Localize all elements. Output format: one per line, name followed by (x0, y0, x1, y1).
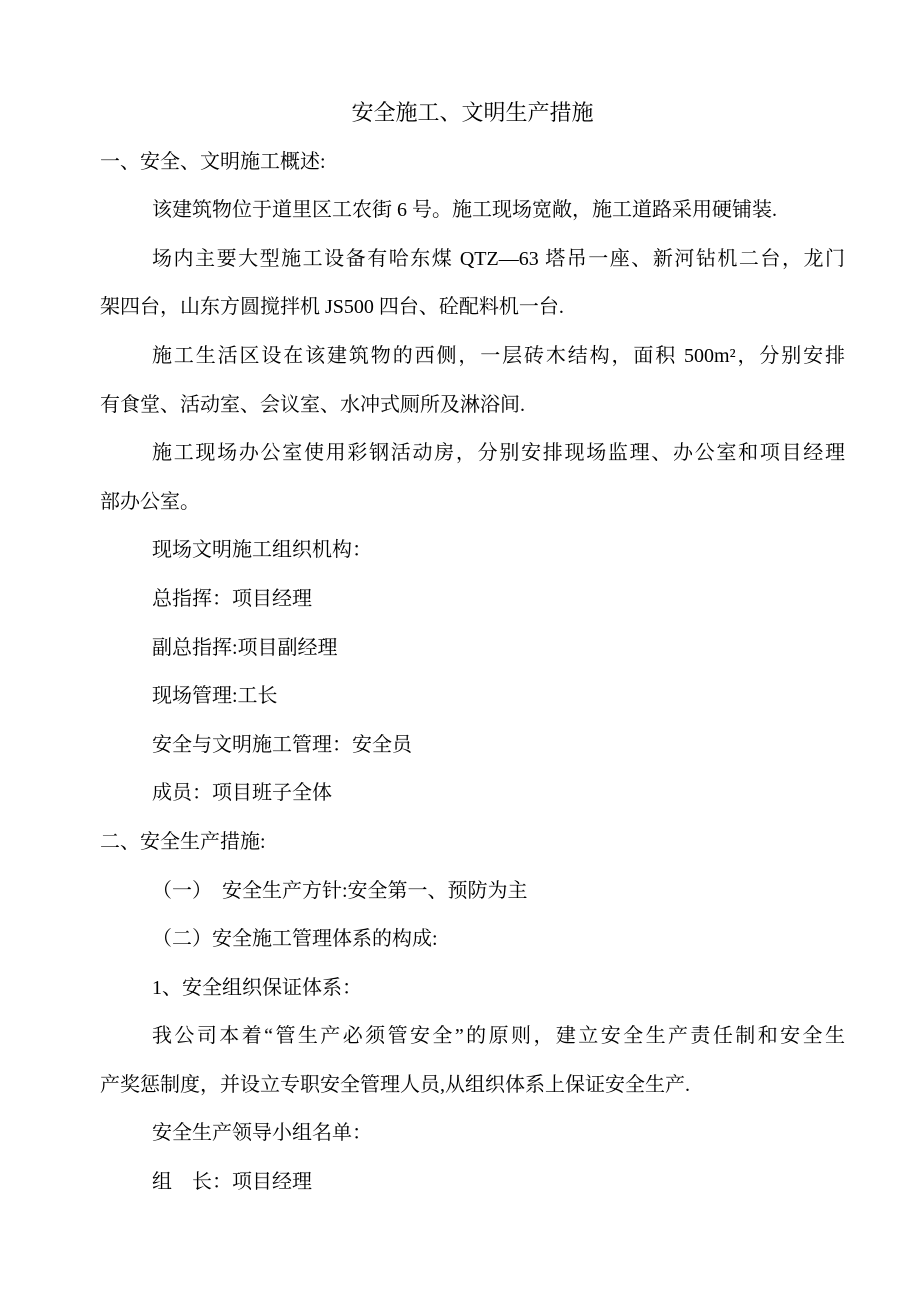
document-line: 施工现场办公室使用彩钢活动房，分别安排现场监理、办公室和项目经理 (100, 429, 845, 478)
document-line: 现场管理:工长 (100, 672, 845, 721)
document-line: 施工生活区设在该建筑物的西侧，一层砖木结构，面积 500m²，分别安排 (100, 332, 845, 381)
document-line: （一） 安全生产方针:安全第一、预防为主 (100, 867, 845, 916)
document-line: 安全与文明施工管理：安全员 (100, 721, 845, 770)
document-line: 总指挥：项目经理 (100, 575, 845, 624)
document-line: 现场文明施工组织机构： (100, 526, 845, 575)
document-line: 一、安全、文明施工概述: (100, 138, 845, 187)
document-page: 安全施工、文明生产措施 一、安全、文明施工概述:该建筑物位于道里区工农街 6 号… (0, 0, 920, 1302)
document-line: 我公司本着“管生产必须管安全”的原则，建立安全生产责任制和安全生 (100, 1012, 845, 1061)
document-line: 成员：项目班子全体 (100, 769, 845, 818)
document-line: 架四台，山东方圆搅拌机 JS500 四台、砼配料机一台. (100, 283, 845, 332)
document-line: 产奖惩制度，并设立专职安全管理人员,从组织体系上保证安全生产. (100, 1061, 845, 1110)
document-line: （二）安全施工管理体系的构成: (100, 915, 845, 964)
document-line: 该建筑物位于道里区工农街 6 号。施工现场宽敞，施工道路采用硬铺装. (100, 186, 845, 235)
document-line: 场内主要大型施工设备有哈东煤 QTZ—63 塔吊一座、新河钻机二台，龙门 (100, 235, 845, 284)
document-line: 有食堂、活动室、会议室、水冲式厕所及淋浴间. (100, 381, 845, 430)
document-line: 副总指挥:项目副经理 (100, 624, 845, 673)
document-title: 安全施工、文明生产措施 (100, 89, 845, 138)
document-line: 安全生产领导小组名单： (100, 1109, 845, 1158)
document-line: 部办公室。 (100, 478, 845, 527)
document-body: 一、安全、文明施工概述:该建筑物位于道里区工农街 6 号。施工现场宽敞，施工道路… (100, 138, 845, 1207)
document-line: 1、安全组织保证体系： (100, 964, 845, 1013)
document-line: 二、安全生产措施: (100, 818, 845, 867)
document-line: 组 长：项目经理 (100, 1158, 845, 1207)
